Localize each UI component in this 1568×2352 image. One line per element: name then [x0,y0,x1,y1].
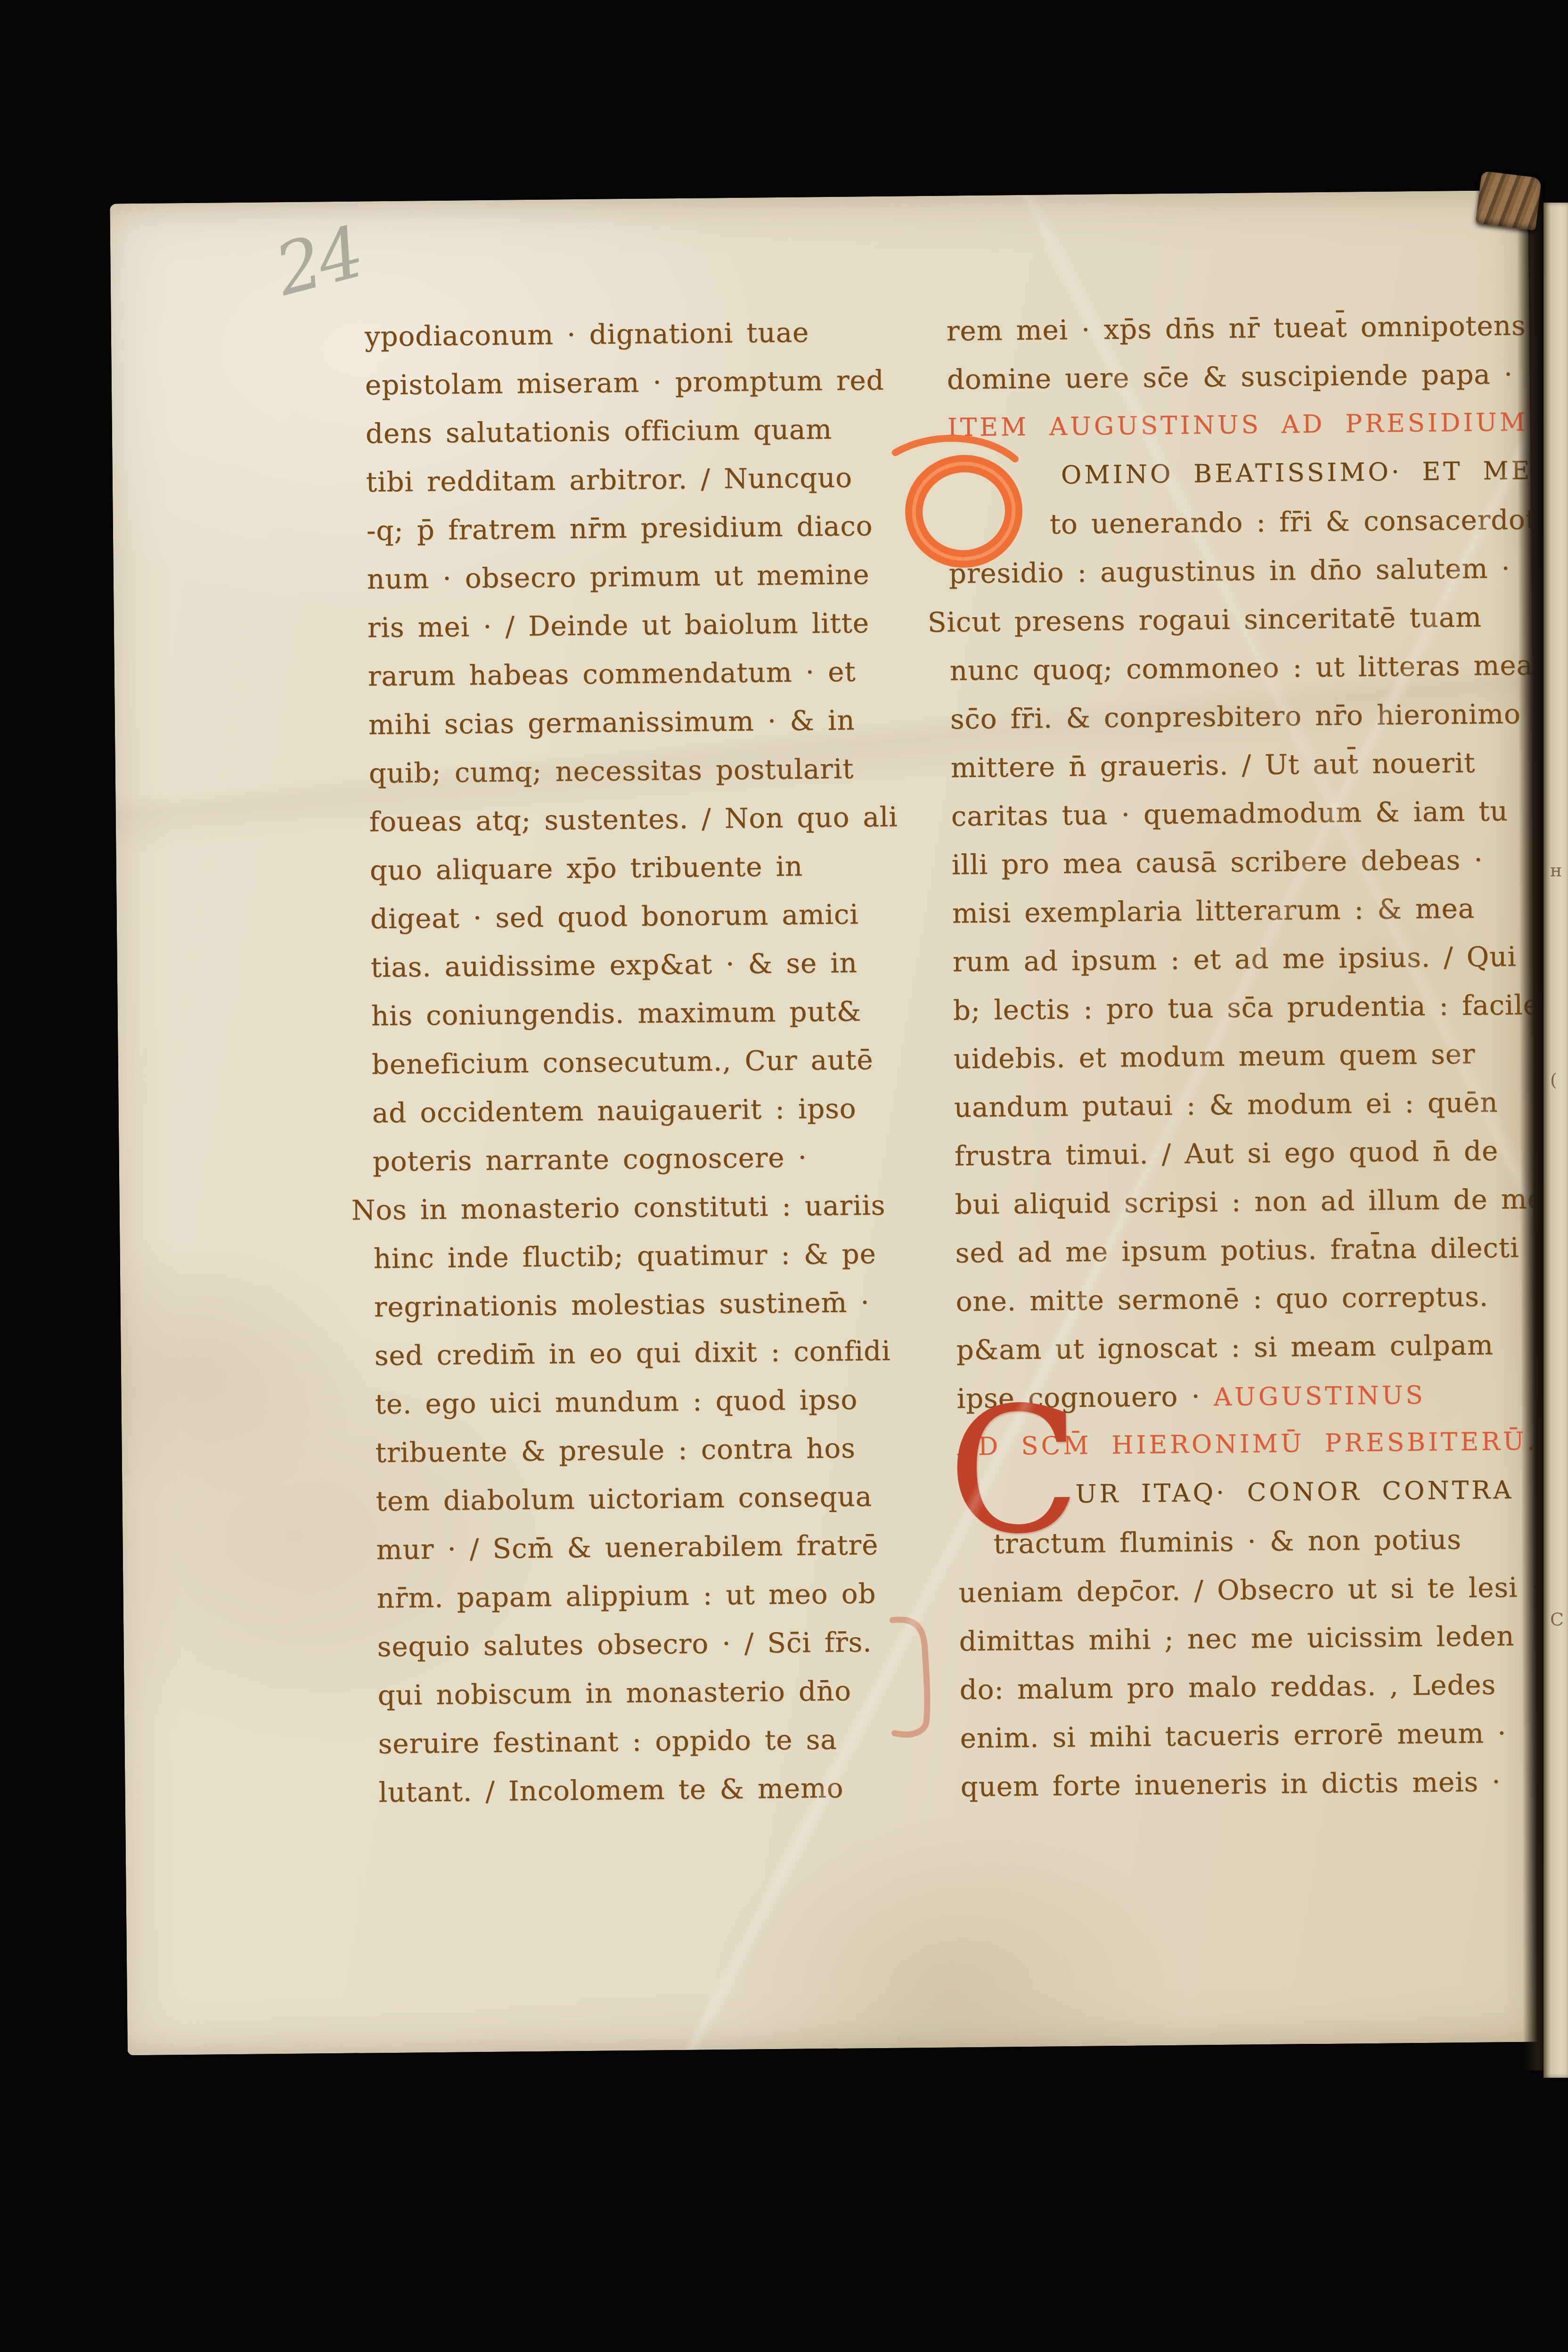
text-line: seruire festinant : oppido te sa [378,1717,837,1770]
text-line: quib; cumq; necessitas postularit [368,746,854,800]
text-line: p&am ut ignoscat : si meam culpam [956,1323,1494,1376]
text-line: sequio salutes obsecro · / Sc̄i fr̄s. [377,1620,872,1673]
initial-letter-D [889,430,1036,591]
text-line: ypodiaconum · dignationi tuae [364,310,809,363]
text-line: ad occidentem nauigauerit : ipso [372,1086,857,1139]
text-line: to uenerando : fr̄i & consacerdoti [1049,497,1546,550]
left-text-column: ypodiaconum · dignationi tuaeepistolam m… [364,309,954,1870]
text-line: sed ad me ipsum potius. frat̄na dilecti [955,1225,1519,1279]
text-line: one. mitte sermonē : quo correptus. [955,1274,1488,1328]
text-line: rarum habeas commendatum · et [367,649,856,702]
text-line: sc̄o fr̄i. & conpresbitero nr̄o hieronim… [950,692,1521,746]
text-line: caritas tua · quemadmodum & iam tu [951,789,1508,842]
text-line: b; lectis : pro tua sc̄a prudentia : fac… [953,982,1540,1037]
text-line: nunc quoq; commoneo : ut litteras meas. [949,643,1557,697]
text-line: enim. si mihi tacueris errorē meum · [960,1711,1507,1764]
text-line: mittere n̄ graueris. / Ut aut̄ nouerit [950,741,1475,794]
text-segment: AUGUSTINUS [1214,1381,1426,1412]
text-line: mur · / Scm̄ & uenerabilem fratrē [376,1523,878,1576]
text-line: regrinationis molestias sustinem̄ · [374,1280,870,1333]
text-line: bui aliquid scripsi : non ad illum de me [955,1176,1544,1231]
text-line: illi pro mea causā scribere debeas · [951,838,1483,891]
text-line: misi exemplaria litterarum : & mea [952,886,1475,940]
ink-fragment: C [1550,1609,1564,1630]
text-line: quo aliquare xp̄o tribuente in [369,844,803,897]
text-line: OMINO BEATISSIMO· ET MERI [1061,449,1567,502]
text-line: uidebis. et modum meum quem ser [953,1032,1475,1086]
text-line: digeat · sed quod bonorum amici [370,892,859,945]
text-line: Nos in monasterio constituti : uariis [351,1183,885,1237]
text-line: sed credim̄ in eo qui dixit : confidi [374,1329,891,1382]
text-line: UR ITAQ· CONOR CONTRA [1075,1468,1514,1521]
text-line: do: malum pro malo reddas. , Ledes [959,1662,1496,1716]
initial-letter-C: C [947,1376,1104,1580]
text-line: poteris narrante cognoscere · [372,1135,807,1188]
text-line: foueas atq; sustentes. / Non quo ali [369,795,898,849]
next-page-edge: ʜ(C [1543,203,1568,2078]
text-line: rum ad ipsum : et ad me ipsius. / Qui [952,934,1517,988]
text-line: tem diabolum uictoriam consequa [376,1474,872,1527]
ink-fragment: ( [1550,1070,1557,1090]
text-line: tibi redditam arbitror. / Nuncquo [366,455,852,508]
binding-headband [1476,171,1542,231]
text-line: uandum putaui : & modum ei : quēn [954,1080,1498,1134]
parchment-page: 24 ypodiaconum · dignationi tuaeepistola… [110,190,1546,2056]
text-line: frustra timui. / Aut si ego quod n̄ de [954,1128,1498,1182]
text-line: rem mei · xp̄s dn̄s nr̄ tueat̄ omnipoten… [946,303,1548,357]
text-line: domine uere sc̄e & suscipiende papa · [947,352,1513,406]
text-line: mihi scias germanissimum · & in [368,698,855,751]
text-line: beneficium consecutum., Cur autē [371,1037,874,1091]
text-line: Sicut presens rogaui sinceritatē tuam [927,595,1482,649]
text-line: epistolam miseram · promptum red [365,358,884,412]
text-line: te. ego uici mundum : quod ipso [375,1377,857,1430]
text-line: his coniungendis. maximum put& [371,989,861,1042]
text-line: qui nobiscum in monasterio dn̄o [377,1669,851,1722]
manuscript-photo: 24 ypodiaconum · dignationi tuaeepistola… [0,0,1568,2352]
text-line: tias. auidissime exp&at · & se in [370,940,857,994]
pencil-folio-mark: 24 [269,217,368,306]
text-line: -q; p̄ fratrem nr̄m presidium diaco [366,504,873,557]
text-line: ITEM AUGUSTINUS AD PRESIDIUM · [947,400,1559,454]
text-line: hinc inde fluctib; quatimur : & pe [373,1232,876,1285]
text-line: quem forte inueneris in dictis meis · [960,1759,1501,1813]
red-chalk-bracket-mark [887,1614,940,1742]
text-line: dimittas mihi ; nec me uicissim leden [959,1614,1515,1667]
ink-fragment: ʜ [1550,860,1562,881]
text-line: num · obsecro primum ut memine [367,552,870,605]
text-line: tribuente & presule : contra hos [375,1426,856,1479]
text-line: nr̄m. papam alippium : ut meo ob [376,1571,876,1625]
text-line: lutant. / Incolomem te & memo [378,1766,844,1819]
text-line: ris mei · / Deinde ut baiolum litte [367,601,869,654]
text-line: dens salutationis officium quam [365,407,832,460]
